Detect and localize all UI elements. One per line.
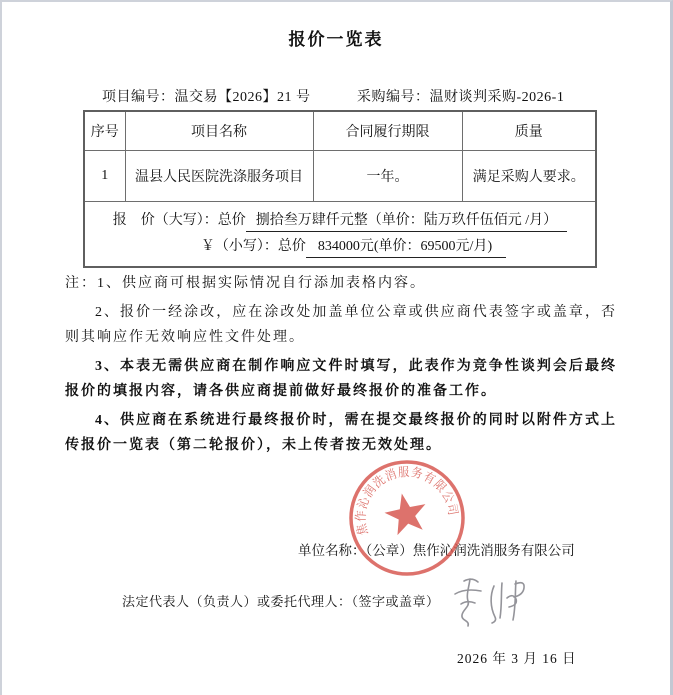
seal-star-icon	[381, 489, 430, 537]
signature-stroke	[464, 579, 478, 582]
price-capital-value: 捌拾叁万肆仟元整（单价：陆万玖仟伍佰元 /月）	[246, 211, 567, 232]
column-header-seq: 序号	[84, 111, 125, 150]
cell-quality: 满足采购人要求。	[462, 150, 596, 201]
company-name-line: 单位名称：（公章）焦作沁润洗消服务有限公司	[298, 539, 575, 559]
column-header-project-name: 项目名称	[125, 111, 313, 150]
note-3: 3、本表无需供应商在制作响应文件时填写，此表作为竞争性谈判会后最终报价的填报内容…	[65, 354, 617, 404]
company-seal-stamp-icon: 焦作沁润洗消服务有限公司	[347, 458, 467, 578]
signature	[450, 575, 530, 630]
column-header-quality: 质量	[462, 111, 596, 150]
cell-contract-term: 一年。	[313, 150, 462, 201]
seal-ring-text: 焦作沁润洗消服务有限公司	[347, 458, 461, 537]
quotation-document-page: 报价一览表 项目编号：温交易【2026】21 号 采购编号：温财谈判采购-202…	[0, 0, 673, 695]
procurement-number: 采购编号：温财谈判采购-2026-1	[357, 86, 564, 106]
seal-outer-ring	[347, 458, 467, 578]
signature-stroke	[513, 581, 516, 620]
price-numeric-line: ￥（小写）：总价834000元(单价：69500元/月)	[112, 234, 595, 260]
price-numeric-label: ￥（小写）：总价	[201, 239, 306, 254]
legal-representative-line: 法定代表人（负责人）或委托代理人：（签字或盖章）	[122, 591, 440, 610]
price-capital-label: 报 价（大写）：总价	[113, 213, 246, 228]
note-4: 4、供应商在系统进行最终报价时，需在提交最终报价的同时以附件方式上传报价一览表（…	[65, 408, 617, 458]
column-header-contract-term: 合同履行期限	[313, 111, 462, 150]
price-numeric-value: 834000元(单价：69500元/月)	[306, 237, 506, 258]
price-cell: 报 价（大写）：总价捌拾叁万肆仟元整（单价：陆万玖仟伍佰元 /月） ￥（小写）：…	[84, 201, 596, 267]
svg-text:焦作沁润洗消服务有限公司: 焦作沁润洗消服务有限公司	[347, 458, 461, 537]
cell-seq: 1	[84, 150, 125, 201]
notes-section: 注：1、供应商可根据实际情况自行添加表格内容。 2、报价一经涂改，应在涂改处加盖…	[65, 271, 617, 462]
quotation-table: 序号 项目名称 合同履行期限 质量 1 温县人民医院洗涤服务项目 一年。 满足采…	[83, 110, 597, 268]
table-row: 1 温县人民医院洗涤服务项目 一年。 满足采购人要求。	[84, 150, 596, 201]
signature-stroke	[491, 586, 495, 623]
note-1: 注：1、供应商可根据实际情况自行添加表格内容。	[65, 271, 617, 296]
signature-stroke	[500, 583, 502, 618]
page-title: 报价一览表	[2, 25, 670, 50]
price-capital-line: 报 价（大写）：总价捌拾叁万肆仟元整（单价：陆万玖仟伍佰元 /月）	[85, 208, 595, 234]
table-header-row: 序号 项目名称 合同履行期限 质量	[84, 111, 596, 150]
price-row: 报 价（大写）：总价捌拾叁万肆仟元整（单价：陆万玖仟伍佰元 /月） ￥（小写）：…	[84, 201, 596, 267]
note-2: 2、报价一经涂改，应在涂改处加盖单位公章或供应商代表签字或盖章，否则其响应作无效…	[65, 300, 617, 350]
project-number: 项目编号：温交易【2026】21 号	[102, 86, 311, 106]
date-line: 2026 年 3 月 16 日	[457, 647, 577, 667]
cell-project-name: 温县人民医院洗涤服务项目	[125, 150, 313, 201]
